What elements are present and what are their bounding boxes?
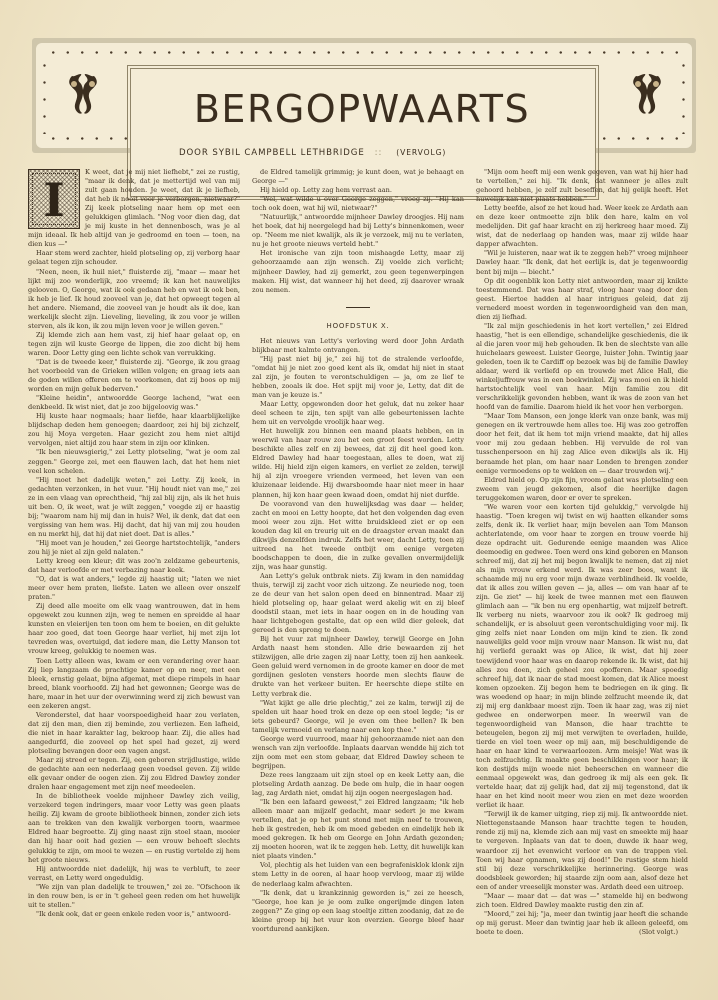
paragraph: "Wil je luisteren, naar wat ik te zeggen…	[476, 249, 688, 276]
floral-scroll-ornament-icon	[63, 70, 103, 118]
article-column-2: de Eldred tamelijk grimmig; je kunt doen…	[252, 168, 464, 934]
floral-scroll-ornament-icon	[627, 70, 667, 118]
paragraph: De vooravond van den huwelijksdag was da…	[252, 500, 464, 572]
paragraph: "Wat kijkt ge alle drie plechtig," zei z…	[252, 699, 464, 735]
paragraph: George werd vuurrood, maar hij gehoorzaa…	[252, 735, 464, 771]
paragraph: "Kleine heidin", antwoordde George lache…	[28, 394, 240, 412]
paragraph: Zij klemde zich aan hem vast, zij hief h…	[28, 331, 240, 358]
dropcap-letter: I	[29, 174, 79, 226]
paragraph: "Natuurlijk," antwoordde mijnheer Dawley…	[252, 213, 464, 249]
paragraph: Hij kuste haar nogmaals; haar liefde, ha…	[28, 412, 240, 448]
section-divider	[346, 307, 370, 308]
paragraph: "We waren voor een korten tijd gelukkig,…	[476, 503, 688, 811]
paragraph: "We zijn van plan dadelijk te trouwen," …	[28, 883, 240, 910]
paragraph: "Dat is de tweede keer," fluisterde zij.…	[28, 358, 240, 394]
dotted-border-left	[43, 57, 46, 134]
paragraph: "Ik denk, dat u krankzinnig geworden is,…	[252, 889, 464, 934]
byline: DOOR SYBIL CAMPBELL LETHBRIDGE::(VERVOLG…	[179, 148, 446, 158]
paragraph: Haar stem werd zachter, hield plotseling…	[28, 249, 240, 267]
dotted-border-top	[46, 51, 682, 54]
paragraph: Veronderstel, dat haar voorspoedigheid h…	[28, 711, 240, 756]
paragraph: Het nieuws van Letty's verloving werd do…	[252, 337, 464, 355]
paragraph: "Moord," zei hij; "ja, meer dan twintig …	[476, 910, 688, 937]
paragraph: "Ik denk ook, dat er geen enkele reden v…	[28, 910, 240, 919]
paragraph: Eldred hield op. Op zijn fijn, vroom gel…	[476, 476, 688, 503]
paragraph: "Maar — maar dat — dat was —" stamelde h…	[476, 892, 688, 910]
page-title: BERGOPWAARTS	[131, 87, 593, 131]
decorative-dropcap: I	[28, 169, 80, 229]
paragraph: Op dit oogenblik kon Letty niet antwoord…	[476, 277, 688, 322]
chapter-heading: HOOFDSTUK X.	[252, 322, 464, 331]
paragraph: Het ironische van zijn toon mishaagde Le…	[252, 249, 464, 294]
paragraph: IK weet, dat je mij niet liefhebt," zei …	[28, 168, 240, 249]
paragraph: Bij het vuur zat mijnheer Dawley, terwij…	[252, 635, 464, 698]
paragraph: "Maar Tom Manson, een jonge klerk van on…	[476, 412, 688, 475]
paragraph: Toen Letty alleen was, kwam er een veran…	[28, 657, 240, 711]
paragraph: "Ik zal mijn geschiedenis in het kort ve…	[476, 322, 688, 412]
author-line: DOOR SYBIL CAMPBELL LETHBRIDGE	[179, 148, 365, 158]
paragraph: Het huwelijk zou binnen een maand plaats…	[252, 427, 464, 499]
paragraph: Hij antwoordde niet dadelijk, hij was te…	[28, 865, 240, 883]
paragraph: "O, dat is wat anders," legde zij haasti…	[28, 575, 240, 602]
paragraph: "Hij moet het dadelijk weten," zei Letty…	[28, 476, 240, 539]
paragraph: Letty kreeg een kleur; dit was zoo'n zel…	[28, 557, 240, 575]
paragraph: Vol, plechtig als het luiden van een beg…	[252, 861, 464, 888]
paragraph: "Terwijl ik de kamer uitging, riep zij m…	[476, 810, 688, 891]
paragraph: "Hij moet van je houden," zei George har…	[28, 539, 240, 557]
to-be-continued-note: (Slot volgt.)	[631, 928, 678, 937]
paragraph: "Hij past niet bij je," zei hij tot de s…	[252, 355, 464, 400]
continued-label: (VERVOLG)	[396, 148, 446, 157]
paragraph: de Eldred tamelijk grimmig; je kunt doen…	[252, 168, 464, 186]
paragraph: Maar Letty, opgewonden door het geluk, d…	[252, 400, 464, 427]
article-column-1: IK weet, dat je mij niet liefhebt," zei …	[28, 168, 240, 919]
byline-separator: ::	[375, 148, 383, 158]
paragraph: Deze rees langzaam uit zijn stoel op en …	[252, 771, 464, 798]
paragraph: Aan Letty's geluk ontbrak niets. Zij kwa…	[252, 572, 464, 635]
paragraph: "Ik ben nieuwsgierig," zei Letty plotsel…	[28, 448, 240, 475]
paragraph: In de bibliotheek voelde mijnheer Dawley…	[28, 792, 240, 864]
paragraph: Hij hield op. Letty zag hem verrast aan.	[252, 186, 464, 195]
paragraph: "Wel, wat wilde u over George zeggen," v…	[252, 195, 464, 213]
paragraph: "Ik ben een lafaard geweest," zei Eldred…	[252, 798, 464, 861]
paragraph: "Mijn oom heeft mij een wenk gegeven, va…	[476, 168, 688, 204]
paragraph: "Neen, neen, ik huil niet," fluisterde z…	[28, 268, 240, 331]
dotted-border-right	[682, 57, 685, 134]
paragraph: Maar zij streed er tegen. Zij, een gebor…	[28, 756, 240, 792]
article-column-3: "Mijn oom heeft mij een wenk gegeven, va…	[476, 168, 688, 937]
article-body: IK weet, dat je mij niet liefhebt," zei …	[28, 168, 688, 968]
paragraph: Zij deed alle moeite om elk vaag wantrou…	[28, 602, 240, 656]
paragraph: Letty beefde, alsof ze het koud had. Wee…	[476, 204, 688, 249]
